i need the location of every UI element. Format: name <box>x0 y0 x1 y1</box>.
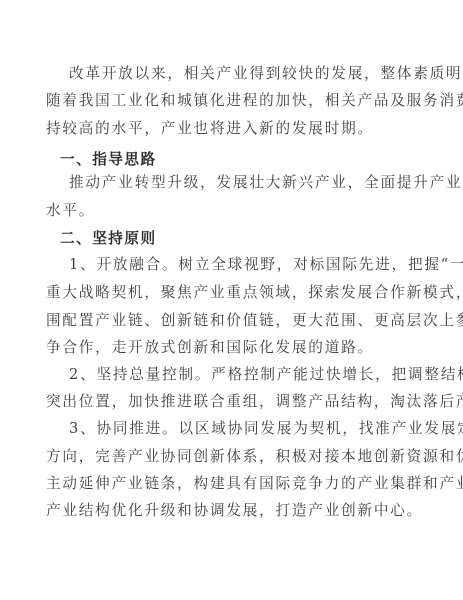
intro-line-3: 持较高的水平，产业也将进入新的发展时期。 <box>46 119 408 139</box>
guiding-line-1: 推动产业转型升级，发展壮大新兴产业，全面提升产业整体发展 <box>69 173 408 193</box>
guiding-line-2: 水平。 <box>46 201 408 221</box>
intro-line-1: 改革开放以来，相关产业得到较快的发展，整体素质明显提高。 <box>69 64 408 84</box>
principle2-line-2: 突出位置，加快推进联合重组，调整产品结构，淘汰落后产能。 <box>46 392 408 412</box>
principle1-line-3: 围配置产业链、创新链和价值链，更大范围、更高层次上参与产业竞 <box>46 311 408 331</box>
principle1-line-2: 重大战略契机，聚焦产业重点领域，探索发展合作新模式，在全球范 <box>46 283 408 303</box>
principle2-line-1: 2、坚持总量控制。严格控制产能过快增长，把调整结构放在更加 <box>69 365 408 385</box>
principle3-line-2: 方向，完善产业协同创新体系，积极对接本地创新资源和优质产业， <box>46 447 408 467</box>
principle3-line-3: 主动延伸产业链条，构建具有国际竞争力的产业集群和产业链，促进 <box>46 474 408 494</box>
principle1-line-1: 1、开放融合。树立全球视野，对标国际先进，把握“一带一路” <box>69 255 408 275</box>
document-page: 改革开放以来，相关产业得到较快的发展，整体素质明显提高。 随着我国工业化和城镇化… <box>0 0 463 600</box>
principle1-line-4: 争合作，走开放式创新和国际化发展的道路。 <box>46 338 408 358</box>
intro-line-2: 随着我国工业化和城镇化进程的加快，相关产品及服务消费将继续保 <box>46 91 408 111</box>
section-heading-principles: 二、坚持原则 <box>60 229 422 249</box>
principle3-line-1: 3、协同推进。以区域协同发展为契机，找准产业发展定位和发展 <box>69 419 408 439</box>
section-heading-guiding-ideas: 一、指导思路 <box>60 150 422 170</box>
principle3-line-4: 产业结构优化升级和协调发展，打造产业创新中心。 <box>46 501 408 521</box>
